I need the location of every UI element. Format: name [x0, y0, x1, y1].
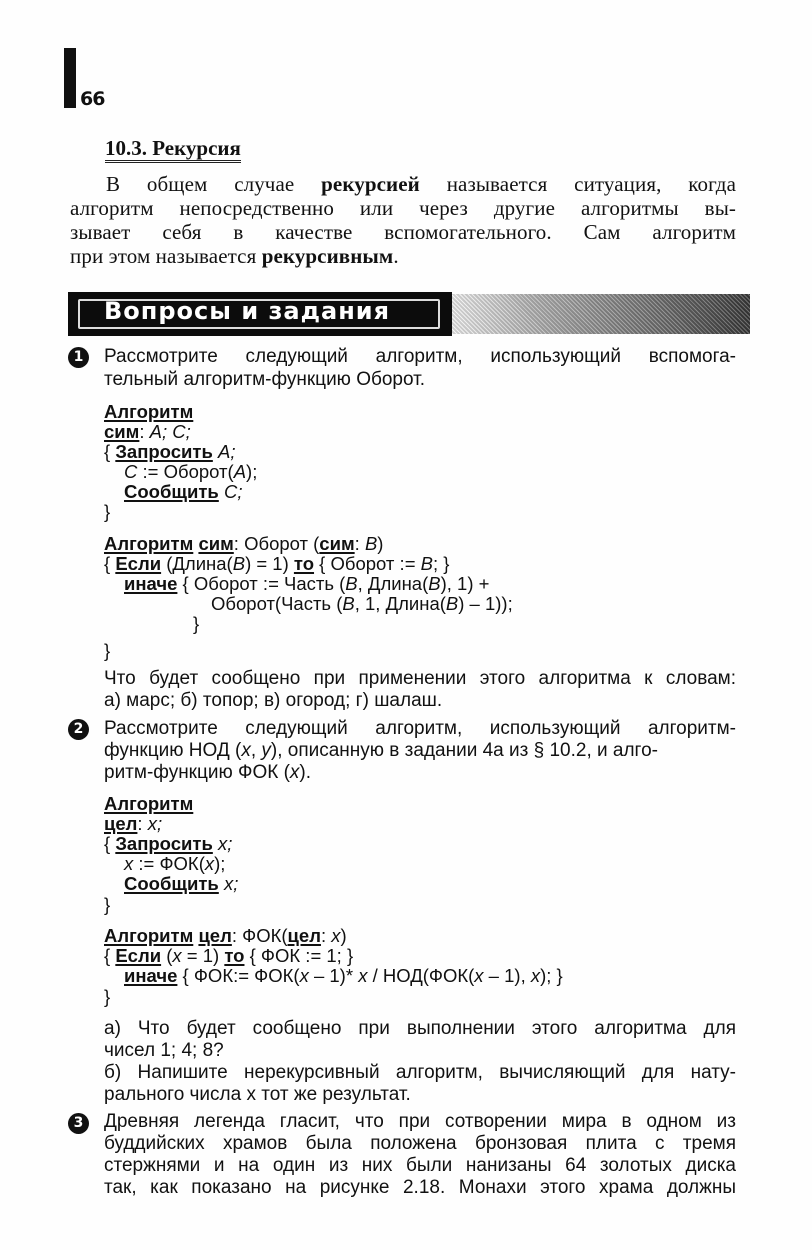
keyword: Сообщить	[124, 873, 219, 894]
variable: x	[531, 965, 540, 986]
text: { Оборот :=	[314, 553, 421, 574]
keyword: иначе	[124, 573, 177, 594]
term-recursive: рекурсивным	[262, 244, 394, 268]
keyword: Алгоритм	[104, 533, 193, 554]
code-line: { Запросить A;	[104, 441, 235, 462]
text: – 1),	[484, 965, 531, 986]
variable: B	[365, 533, 377, 554]
variable: x	[205, 853, 214, 874]
text: ; }	[433, 553, 449, 574]
keyword: то	[224, 945, 244, 966]
task-question-line: а) Что будет сообщено при выполнении это…	[104, 1018, 736, 1040]
text: / НОД(ФОК(	[367, 965, 474, 986]
keyword: Если	[115, 553, 161, 574]
text: : Оборот (	[234, 533, 320, 554]
keyword: сим	[104, 421, 139, 442]
text: ) = 1)	[245, 553, 294, 574]
text: :	[139, 421, 149, 442]
code-line: Сообщить x;	[124, 873, 238, 894]
text: (	[161, 945, 172, 966]
page-marker-bar	[64, 48, 76, 108]
keyword: цел	[288, 925, 321, 946]
variable: x	[474, 965, 483, 986]
task-question-line: Что будет сообщено при применении этого …	[104, 668, 736, 690]
code-line: Сообщить C;	[124, 481, 242, 502]
text: :	[137, 813, 147, 834]
variable: C	[124, 461, 137, 482]
text: {	[104, 945, 115, 966]
code-line: Алгоритм	[104, 793, 193, 814]
text: ), 1) +	[441, 573, 490, 594]
questions-header-title: Вопросы и задания	[104, 297, 390, 325]
keyword: сим	[319, 533, 354, 554]
section-title: 10.3. Рекурсия	[105, 136, 241, 163]
variable: A	[234, 461, 246, 482]
task-question-line: а) марс; б) топор; в) огород; г) шалаш.	[104, 690, 442, 712]
text: )	[377, 533, 383, 554]
variable: x;	[219, 873, 239, 894]
text: )	[340, 925, 346, 946]
variable: y	[261, 740, 271, 761]
task-question-line: б) Напишите нерекурсивный алгоритм, вычи…	[104, 1062, 736, 1084]
code-line: сим: A; C;	[104, 421, 191, 442]
keyword: Алгоритм	[104, 925, 193, 946]
code-line: Оборот(Часть (B, 1, Длина(B) – 1));	[211, 593, 513, 614]
code-line: цел: x;	[104, 813, 162, 834]
text: ,	[251, 740, 262, 761]
text: Оборот(Часть (	[211, 593, 342, 614]
code-line: Алгоритм сим: Оборот (сим: B)	[104, 533, 383, 554]
paragraph-line: алгоритм непосредственно или через други…	[70, 196, 736, 220]
task-number-badge-icon: 1	[68, 347, 89, 368]
task-intro-line: функцию НОД (x, y), описанную в задании …	[104, 740, 658, 762]
textbook-page: 66 10.3. Рекурсия В общем случае рекурси…	[0, 0, 812, 1250]
variable: x;	[148, 813, 162, 834]
variable: B	[342, 593, 354, 614]
questions-header-band: Вопросы и задания	[68, 292, 750, 336]
text: .	[393, 244, 398, 268]
page-number: 66	[80, 88, 104, 110]
code-line: Алгоритм цел: ФОК(цел: x)	[104, 925, 347, 946]
task-text-line: так, как показано на рисунке 2.18. Монах…	[104, 1177, 736, 1199]
keyword: цел	[104, 813, 137, 834]
variable: B	[421, 553, 433, 574]
paragraph-line: В общем случае рекурсией называется ситу…	[106, 172, 736, 196]
variable: x	[172, 945, 181, 966]
text: {	[104, 441, 115, 462]
task-text-line: стержнями и на один из них были нанизаны…	[104, 1155, 736, 1177]
text: , 1, Длина(	[355, 593, 446, 614]
text: ) – 1));	[458, 593, 512, 614]
paragraph-line: зывает себя в качестве вспомогательного.…	[70, 220, 736, 244]
task-intro-line: Рассмотрите следующий алгоритм, использу…	[104, 718, 736, 740]
task-text-line: Древняя легенда гласит, что при сотворен…	[104, 1111, 736, 1133]
variable: B	[428, 573, 440, 594]
code-line: иначе { ФОК:= ФОК(x – 1)* x / НОД(ФОК(x …	[124, 965, 563, 986]
code-line: { Если (x = 1) то { ФОК := 1; }	[104, 945, 353, 966]
task-intro-line: тельный алгоритм-функцию Оборот.	[104, 369, 425, 391]
header-gradient-decoration	[452, 294, 750, 334]
header-label-background: Вопросы и задания	[68, 292, 452, 336]
variable: C;	[219, 481, 243, 502]
variable: x	[241, 740, 251, 761]
text: {	[104, 833, 115, 854]
task-number-badge-icon: 2	[68, 719, 89, 740]
text: :	[321, 925, 331, 946]
text: при этом называется	[70, 244, 262, 268]
term-recursion: рекурсией	[321, 172, 420, 196]
keyword: Сообщить	[124, 481, 219, 502]
code-line: C := Оборот(A);	[124, 461, 257, 482]
variable: B	[446, 593, 458, 614]
text: – 1)*	[309, 965, 358, 986]
code-line: }	[104, 986, 110, 1007]
keyword: Запросить	[115, 833, 213, 854]
text: := Оборот(	[137, 461, 233, 482]
text: ), описанную в задании 4а из § 10.2, и а…	[271, 740, 658, 761]
keyword: иначе	[124, 965, 177, 986]
variable: x	[124, 853, 133, 874]
code-line: { Запросить x;	[104, 833, 232, 854]
code-line: }	[104, 894, 110, 915]
text: );	[214, 853, 225, 874]
text: ); }	[540, 965, 563, 986]
text: (Длина(	[161, 553, 233, 574]
task-question-line: чисел 1; 4; 8?	[104, 1040, 224, 1062]
variable: B	[233, 553, 245, 574]
task-intro-line: ритм-функцию ФОК (x).	[104, 762, 311, 784]
code-line: иначе { Оборот := Часть (B, Длина(B), 1)…	[124, 573, 489, 594]
variable: x	[290, 762, 300, 783]
keyword: Алгоритм	[104, 793, 193, 814]
code-line: }	[104, 640, 110, 661]
text: {	[104, 553, 115, 574]
keyword: то	[294, 553, 314, 574]
keyword: Алгоритм	[104, 401, 193, 422]
task-intro-line: Рассмотрите следующий алгоритм, использу…	[104, 346, 736, 368]
keyword: цел	[198, 925, 231, 946]
code-line: }	[193, 613, 199, 634]
text: , Длина(	[358, 573, 429, 594]
task-number-badge-icon: 3	[68, 1113, 89, 1134]
text: = 1)	[182, 945, 225, 966]
text: : ФОК(	[232, 925, 288, 946]
code-line: x := ФОК(x);	[124, 853, 225, 874]
text: :	[355, 533, 365, 554]
text: := ФОК(	[133, 853, 205, 874]
code-line: Алгоритм	[104, 401, 193, 422]
variable: A; C;	[150, 421, 191, 442]
keyword: Запросить	[115, 441, 213, 462]
code-line: { Если (Длина(B) = 1) то { Оборот := B; …	[104, 553, 449, 574]
text: { ФОК := 1; }	[244, 945, 353, 966]
variable: x	[300, 965, 309, 986]
keyword: сим	[198, 533, 233, 554]
task-question-line: рального числа x тот же результат.	[104, 1084, 411, 1106]
variable: x;	[213, 833, 233, 854]
task-text-line: буддийских храмов была положена бронзова…	[104, 1133, 736, 1155]
text: );	[246, 461, 257, 482]
text: называется ситуация, когда	[420, 172, 736, 196]
text: ).	[299, 762, 311, 783]
text: ритм-функцию ФОК (	[104, 762, 290, 783]
text: { ФОК:= ФОК(	[177, 965, 299, 986]
code-line: }	[104, 501, 110, 522]
variable: A;	[213, 441, 236, 462]
text: функцию НОД (	[104, 740, 241, 761]
text: { Оборот := Часть (	[177, 573, 345, 594]
variable: B	[345, 573, 357, 594]
text: В общем случае	[106, 172, 321, 196]
keyword: Если	[115, 945, 161, 966]
paragraph-line: при этом называется рекурсивным.	[70, 244, 399, 268]
